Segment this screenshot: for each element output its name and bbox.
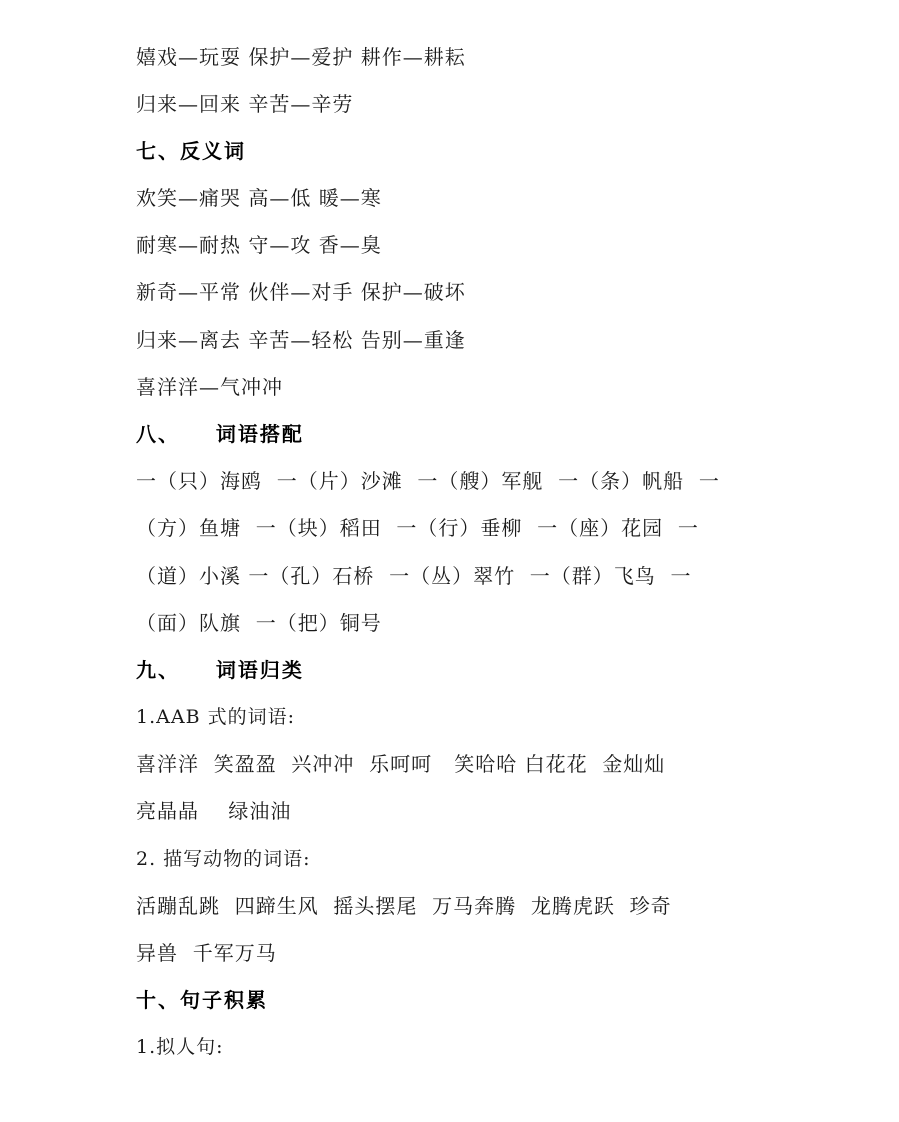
section-8-title: 八、 词语搭配 [136,422,304,446]
antonym-line-2: 耐寒—耐热 守—攻 香—臭 [136,233,382,257]
aab-words-label: 1.AAB 式的词语: [136,705,295,729]
synonym-line-2: 归来—回来 辛苦—辛劳 [136,92,353,116]
collocation-line-4: （面）队旗 一（把）铜号 [136,611,382,635]
antonym-line-1: 欢笑—痛哭 高—低 暖—寒 [136,186,382,210]
antonym-line-3: 新奇—平常 伙伴—对手 保护—破坏 [136,280,466,304]
antonym-line-5: 喜洋洋—气冲冲 [136,375,283,399]
collocation-line-3: （道）小溪 一（孔）石桥 一（丛）翠竹 一（群）飞鸟 一 [136,564,692,588]
animal-words-label: 2. 描写动物的词语: [136,847,311,871]
personification-label: 1.拟人句: [136,1035,224,1059]
section-9-title: 九、 词语归类 [136,658,304,682]
aab-words-line-1: 喜洋洋 笑盈盈 兴冲冲 乐呵呵 笑哈哈 白花花 金灿灿 [136,752,665,776]
collocation-line-1: 一（只）海鸥 一（片）沙滩 一（艘）军舰 一（条）帆船 一 [136,469,720,493]
animal-words-line-1: 活蹦乱跳 四蹄生风 摇头摆尾 万马奔腾 龙腾虎跃 珍奇 [136,894,672,918]
animal-words-line-2: 异兽 千军万马 [136,941,277,965]
collocation-line-2: （方）鱼塘 一（块）稻田 一（行）垂柳 一（座）花园 一 [136,516,699,540]
document-page: 嬉戏—玩耍 保护—爱护 耕作—耕耘 归来—回来 辛苦—辛劳 七、反义词 欢笑—痛… [0,0,899,1122]
synonym-line-1: 嬉戏—玩耍 保护—爱护 耕作—耕耘 [136,45,466,69]
aab-words-line-2: 亮晶晶 绿油油 [136,799,291,823]
antonym-line-4: 归来—离去 辛苦—轻松 告别—重逢 [136,328,466,352]
section-7-title: 七、反义词 [136,139,246,163]
section-10-title: 十、句子积累 [136,988,268,1012]
